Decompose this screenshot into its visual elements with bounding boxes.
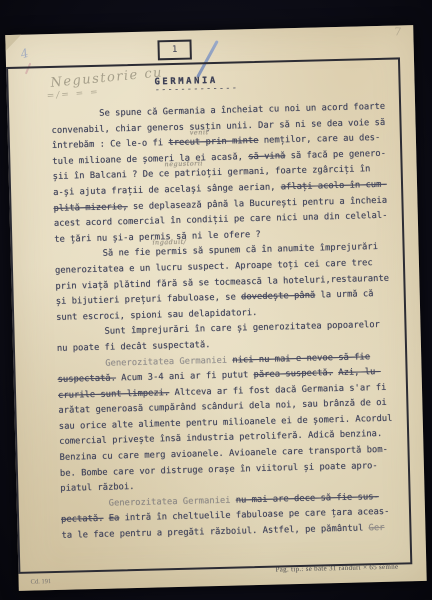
form-footer-note: Pag. tip.: se bate 31 rânduri × 65 semne xyxy=(275,563,398,574)
struck-text: crurile sunt limpezi. xyxy=(58,388,169,401)
blue-pencil-mark: 4 xyxy=(19,46,30,62)
struck-text: nu mai are dece să fie sus- xyxy=(236,492,379,505)
typed-segment: nemților, care au des- xyxy=(258,133,380,146)
struck-text: să vină xyxy=(248,151,285,162)
pencil-page-mark: 7 xyxy=(394,25,402,39)
typed-segment: tule milioane de șomeri la ei acasă, xyxy=(52,152,248,167)
struck-text: Ger xyxy=(368,523,384,533)
struck-text: Azi, lu- xyxy=(338,367,381,378)
struck-text: părea suspectă. xyxy=(253,368,333,380)
struck-text: Ea xyxy=(109,514,120,524)
scanned-document-screenshot: { "colors": { "background": "#0b0b14", "… xyxy=(0,0,432,600)
pencil-annotation: negustorii xyxy=(164,160,203,169)
typed-text: Se spune că Germania a încheiat cu noi u… xyxy=(51,99,412,544)
typed-segment: nu poate fi decât suspectată. xyxy=(57,340,211,354)
typed-segment: la urmă că xyxy=(315,289,373,300)
typed-segment: să facă pe genero- xyxy=(285,149,386,161)
page-number-box: 1 xyxy=(157,40,191,61)
struck-text: aflați acolo în cum- xyxy=(281,180,387,193)
typed-segment: sunt escroci, spioni sau delapidatori. xyxy=(56,308,257,323)
typed-segment: Generozitatea Germaniei xyxy=(105,355,232,368)
typed-segment: întrebăm : Ce le-o fi xyxy=(52,138,169,151)
scanned-paper-page: 4 7 1 Negustorie cu =/= = = GERMANIA ---… xyxy=(5,25,426,591)
struck-text: trecut prin minte xyxy=(168,136,258,148)
typed-segment: piatul război. xyxy=(60,482,134,494)
typed-segment: a-și ajuta frații de același sânge aeria… xyxy=(53,182,281,198)
struck-text: pectată. xyxy=(61,514,104,525)
struck-text: suspectată. xyxy=(58,374,116,385)
typed-segment: Acum 3-4 ani ar fi putut xyxy=(116,370,254,383)
typed-segment: și bijutieri prețuri fabuloase, se xyxy=(56,293,242,308)
pencil-annotation: îngăduit/ xyxy=(152,238,186,247)
title-underline-dashes: ------------- xyxy=(155,83,239,95)
struck-text: plită mizerie, xyxy=(53,202,127,214)
struck-text: dovedește până xyxy=(241,291,315,303)
page-number: 1 xyxy=(172,45,178,55)
typed-segment: Generozitatea Germaniei xyxy=(109,495,236,508)
typed-segment: Altceva ar fi fost dacă Germania s'ar fi xyxy=(169,383,386,398)
pencil-annotation: venit xyxy=(190,128,209,136)
struck-text: nici nu mai e nevoe să fie xyxy=(232,352,370,365)
form-code: Cd. 191 xyxy=(31,578,52,586)
